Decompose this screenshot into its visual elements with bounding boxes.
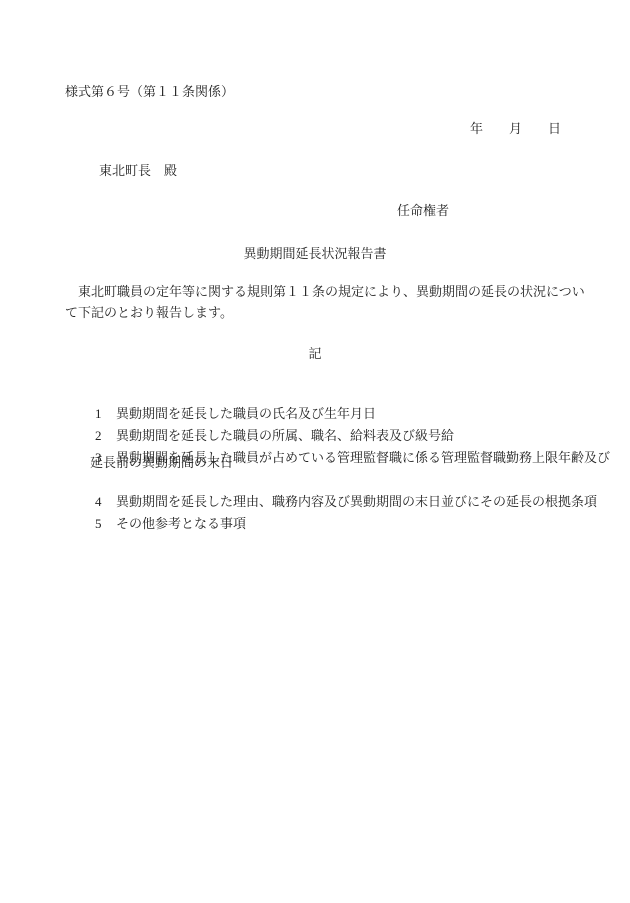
list-item-5: 5その他参考となる事項 (82, 498, 246, 549)
document-title: 異動期間延長状況報告書 (0, 245, 630, 262)
list-item-5-number: 5 (95, 515, 116, 532)
document-page: 様式第６号（第１１条関係） 年 月 日 東北町長 殿 任命権者 異動期間延長状況… (0, 0, 630, 903)
body-paragraph-line-2: て下記のとおり報告します。 (65, 304, 233, 321)
list-item-5-text: その他参考となる事項 (116, 516, 246, 531)
form-number: 様式第６号（第１１条関係） (65, 83, 234, 100)
record-marker: 記 (0, 345, 630, 362)
addressee: 東北町長 殿 (99, 162, 177, 179)
issuer-label: 任命権者 (397, 202, 449, 219)
date-line: 年 月 日 (470, 120, 561, 137)
list-item-3-continuation: 延長前の異動期間の末日 (90, 454, 233, 471)
body-paragraph-line-1: 東北町職員の定年等に関する規則第１１条の規定により、異動期間の延長の状況につい (65, 283, 585, 300)
